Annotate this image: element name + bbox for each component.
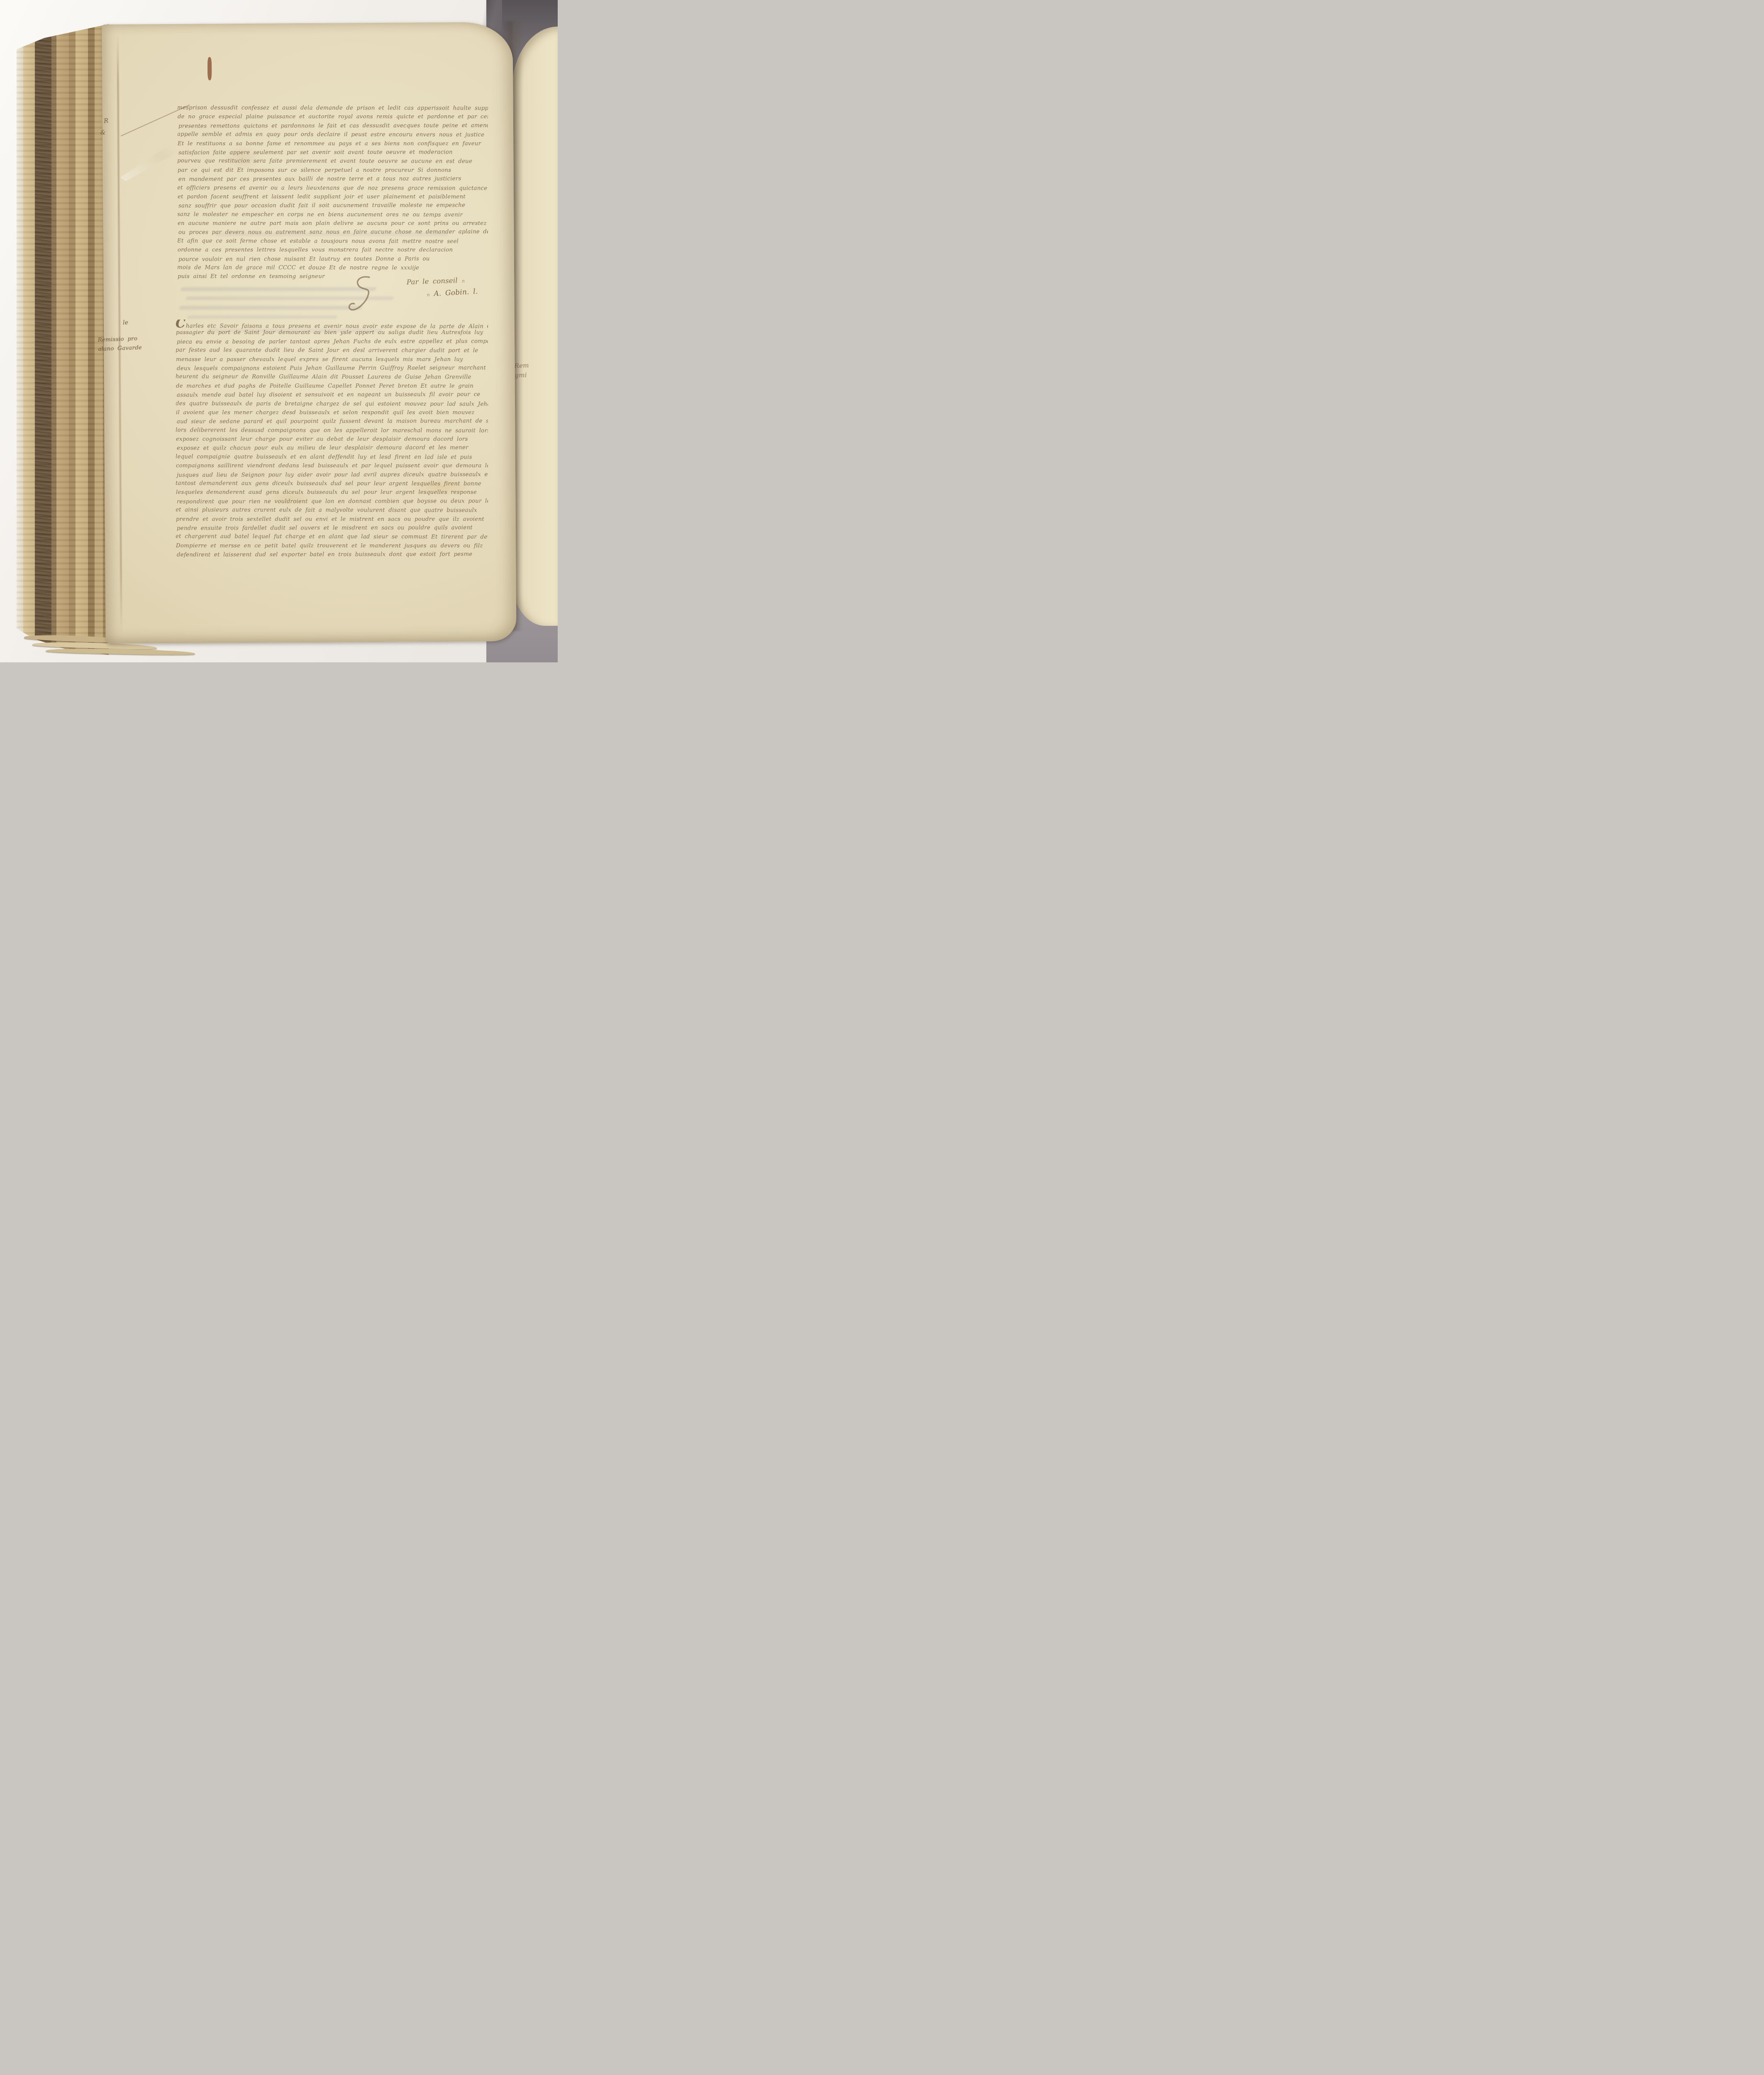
text-line: Et afin que ce soit ferme chose et estab…	[178, 237, 488, 246]
ink-showthrough	[181, 287, 377, 291]
text-line: des quatre buisseaulx de paris de bretai…	[176, 399, 488, 409]
leaf-edge	[17, 24, 23, 655]
text-line: pendre ensuite trois fardellet dudit sel…	[177, 523, 488, 533]
text-line: lesqueles demanderent ausd gens diceulx …	[176, 488, 488, 497]
text-line: mois de Mars lan de grace mil CCCC et do…	[178, 263, 488, 273]
text-line: jusques aud lieu de Seignon pour luy aid…	[177, 470, 488, 480]
leaf-edge	[23, 24, 35, 655]
text-line: menasse leur a passer chevaulx lequel ex…	[176, 355, 488, 364]
leaf-edge	[56, 24, 69, 655]
letter-text-block-1: mesprison dessusdit confessez et aussi d…	[178, 104, 488, 283]
notarial-mark: n	[462, 278, 465, 284]
text-line: pource vouloir en nul rien chose nuisant…	[178, 254, 488, 264]
text-line: assaulx mende aud batel luy disoient et …	[177, 390, 488, 400]
notarial-mark: n	[427, 292, 430, 298]
leaf-bottom-edge	[46, 648, 195, 656]
text-line: defendirent et laisserent dud sel export…	[177, 550, 488, 559]
ink-showthrough	[187, 315, 338, 319]
margin-note-line: alano Gavarde	[98, 343, 152, 354]
text-line: et officiers presens et avenir ou a leur…	[178, 183, 488, 193]
text-line: respondirent que pour rien ne vouldroien…	[177, 497, 488, 506]
margin-note-remissio: Remissio pro alano Gavarde	[98, 334, 152, 354]
leaf-edge	[51, 24, 56, 655]
text-line: par ce qui est dit Et imposons sur ce si…	[178, 166, 488, 175]
text-line: et pardon facent seuffrent et laissent l…	[178, 193, 488, 201]
text-line: tantost demanderent aux gens diceulx bui…	[176, 479, 488, 488]
text-line: aud sieur de sedane parard et quil pourp…	[177, 417, 488, 427]
text-line: compaignons saillirent viendront dedans …	[176, 461, 488, 470]
margin-ampersand-mark: &	[100, 129, 106, 136]
manuscript-photo: Rem gmi R & mesprison dessusdit confesse…	[0, 0, 558, 662]
margin-register-initial: R	[103, 117, 109, 124]
text-line: pieca eu envie a besoing de parler tanto…	[177, 337, 488, 347]
letter-text-block-2: Charles etc Savoir faisons a tous presen…	[176, 320, 488, 563]
text-line: en mandement par ces presentes aux baill…	[178, 174, 488, 184]
text-line: lors delibererent les dessusd compaignon…	[176, 426, 488, 435]
text-line: lequel compaignie quatre buisseaulx et e…	[176, 452, 488, 462]
text-line: deux lesquels compaignons estoient Puis …	[177, 364, 488, 373]
text-line: en aucune maniere ne autre part mais son…	[178, 219, 488, 228]
text-line: exposez cognoissant leur charge pour evi…	[176, 435, 488, 444]
closing-line-par-le-conseil: Par le conseiln	[373, 275, 498, 287]
text-line: de no grace especial plaine puissance et…	[178, 112, 488, 121]
text-line: presentes remettons quictons et pardonno…	[178, 121, 488, 131]
gutter-crease	[117, 34, 122, 632]
text-line: il avoient que les mener chargez desd bu…	[176, 408, 488, 417]
text-line: appelle semble et admis en quoy pour ord…	[178, 130, 488, 140]
leaf-edge	[69, 24, 76, 655]
page-edge-stack	[17, 24, 109, 655]
closing-text: Par le conseil	[407, 276, 458, 286]
text-line: ordonne a ces presentes lettres lesquell…	[178, 246, 488, 254]
text-line: sanz souffrir que pour occasion dudit fa…	[178, 201, 488, 211]
ink-showthrough	[215, 232, 449, 236]
text-line: mesprison dessusdit confessez et aussi d…	[178, 104, 488, 113]
text-line: heurent du seigneur de Ronville Guillaum…	[176, 373, 488, 382]
text-line: satisfacion faite appere seulement par s…	[178, 148, 488, 157]
text-line: et ainsi plusieurs autres crurent eulx d…	[176, 506, 488, 515]
text-line: Et le restituons a sa bonne fame et reno…	[178, 139, 488, 148]
leaf-edge	[88, 24, 95, 655]
margin-gloss-le: le	[123, 320, 128, 326]
text-line: sanz le molester ne empescher en corps n…	[178, 210, 488, 220]
text-line: de marches et dud paghs de Poitelle Guil…	[176, 382, 488, 391]
text-line: passagier du port de Saint Jour demouran…	[176, 328, 488, 337]
text-line: exposez et quilz chacun pour eulx au mil…	[177, 444, 488, 453]
text-line: Dompierre et mersse en ce petit batel qu…	[176, 542, 488, 550]
text-line: Charles etc Savoir faisons a tous presen…	[176, 320, 488, 329]
text-line: prendre et avoir trois sextellet dudit s…	[176, 515, 488, 524]
leather-sliver	[207, 57, 212, 80]
leaf-edge	[76, 24, 88, 655]
signature-paraph	[348, 275, 377, 315]
text-line: et chargerent aud batel lequel fut charg…	[176, 532, 488, 542]
signature-text: A. Gobin. l.	[434, 288, 478, 298]
text-line: par festes aud les quarante dudit lieu d…	[176, 346, 488, 356]
closing-formula: Par le conseiln n A. Gobin. l.	[373, 277, 498, 297]
text-line: pourveu que restitucion sera faite premi…	[178, 157, 488, 166]
leather-cover-edge	[35, 24, 51, 655]
ink-showthrough	[179, 306, 363, 310]
